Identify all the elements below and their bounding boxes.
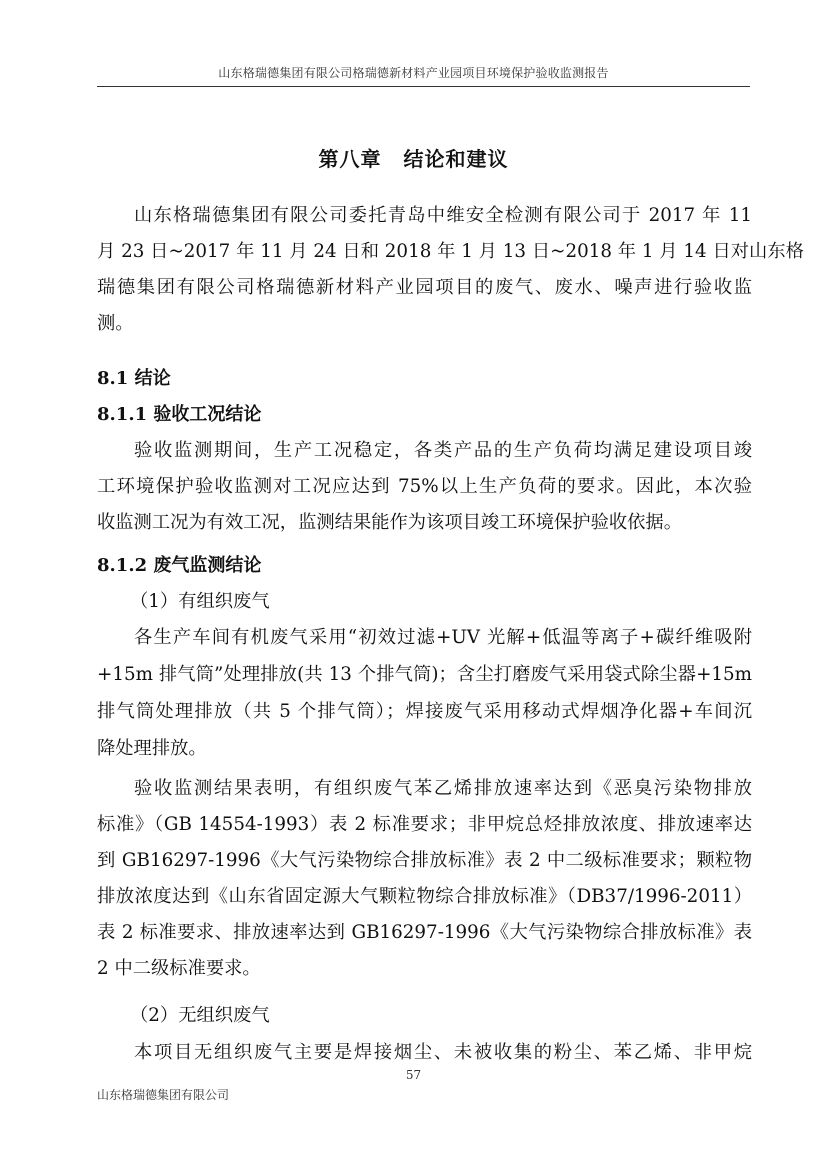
intro-line: 测。 <box>97 309 752 335</box>
chapter-title: 第八章结论和建议 <box>0 143 827 172</box>
subsection-label: （1）有组织废气 <box>130 587 270 613</box>
subsection-label: （2）无组织废气 <box>130 1001 270 1027</box>
header-divider <box>97 86 750 87</box>
section-heading-8-1-1: 8.1.1 验收工况结论 <box>97 400 261 426</box>
paragraph-line: 标准》（GB 14554-1993）表 2 标准要求；非甲烷总烃排放浓度、排放速… <box>97 810 752 836</box>
paragraph-line: 本项目无组织废气主要是焊接烟尘、未被收集的粉尘、苯乙烯、非甲烷 <box>134 1038 752 1064</box>
chapter-number: 第八章 <box>319 147 382 171</box>
section-heading-8-1-2: 8.1.2 废气监测结论 <box>97 551 261 577</box>
paragraph-line: 表 2 标准要求、排放速率达到 GB16297-1996《大气污染物综合排放标准… <box>97 918 752 944</box>
paragraph-line: 排放浓度达到《山东省固定源大气颗粒物综合排放标准》（DB37/1996-2011… <box>97 882 752 908</box>
chapter-name: 结论和建议 <box>404 147 509 171</box>
section-heading-8-1: 8.1 结论 <box>97 364 171 390</box>
paragraph-line: 2 中二级标准要求。 <box>97 954 752 980</box>
intro-line: 月 23 日~2017 年 11 月 24 日和 2018 年 1 月 13 日… <box>97 237 752 263</box>
footer-company: 山东格瑞德集团有限公司 <box>97 1086 229 1103</box>
paragraph-line: 验收监测结果表明，有组织废气苯乙烯排放速率达到《恶臭污染物排放 <box>134 774 752 800</box>
running-header: 山东格瑞德集团有限公司格瑞德新材料产业园项目环境保护验收监测报告 <box>0 64 827 81</box>
paragraph-line: 排气筒处理排放（共 5 个排气筒）；焊接废气采用移动式焊烟净化器+车间沉 <box>97 697 752 723</box>
paragraph-line: 各生产车间有机废气采用“初效过滤+UV 光解+低温等离子+碳纤维吸附 <box>134 623 752 649</box>
paragraph-line: 到 GB16297-1996《大气污染物综合排放标准》表 2 中二级标准要求；颗… <box>97 846 752 872</box>
paragraph-line: +15m 排气筒”处理排放(共 13 个排气筒)；含尘打磨废气采用袋式除尘器+1… <box>97 660 752 686</box>
paragraph-line: 收监测工况为有效工况，监测结果能作为该项目竣工环境保护验收依据。 <box>97 508 752 534</box>
paragraph-line: 工环境保护验收监测对工况应达到 75%以上生产负荷的要求。因此，本次验 <box>97 472 752 498</box>
intro-line: 山东格瑞德集团有限公司委托青岛中维安全检测有限公司于 2017 年 11 <box>134 201 752 227</box>
page-number: 57 <box>0 1068 827 1082</box>
paragraph-line: 验收监测期间，生产工况稳定，各类产品的生产负荷均满足建设项目竣 <box>134 436 752 462</box>
paragraph-line: 降处理排放。 <box>97 734 752 760</box>
intro-line: 瑞德集团有限公司格瑞德新材料产业园项目的废气、废水、噪声进行验收监 <box>97 273 752 299</box>
